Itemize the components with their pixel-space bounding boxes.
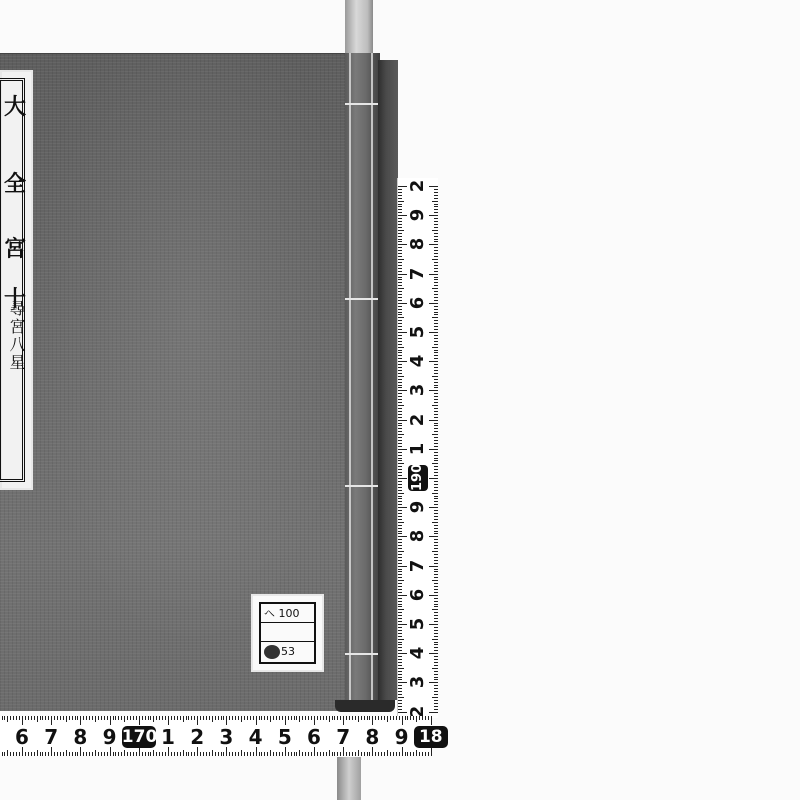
book-spine <box>345 53 380 710</box>
ruler-tick <box>28 716 29 720</box>
ruler-tick <box>434 504 438 505</box>
ruler-tick <box>104 716 105 720</box>
ruler-tick <box>124 750 125 756</box>
ruler-tick <box>133 716 134 720</box>
ruler-tick <box>235 752 236 756</box>
ruler-tick <box>349 752 350 756</box>
ruler-tick <box>398 630 402 631</box>
ruler-tick <box>229 752 230 756</box>
ruler-tick <box>434 370 438 371</box>
ruler-tick <box>434 487 438 488</box>
ruler-tick <box>434 554 438 555</box>
ruler-tick <box>398 247 402 248</box>
ruler-tick <box>346 716 347 720</box>
ruler-tick <box>398 387 402 388</box>
binding-stitch <box>345 103 380 105</box>
ruler-tick <box>398 463 404 464</box>
ruler-tick <box>398 533 402 534</box>
ruler-tick <box>434 589 438 590</box>
ruler-tick <box>10 716 11 720</box>
ruler-tick <box>279 716 280 720</box>
ruler-tick <box>398 443 402 444</box>
ruler-tick <box>398 496 402 497</box>
ruler-tick <box>434 402 438 403</box>
ruler-tick <box>413 752 414 756</box>
ruler-tick <box>398 376 404 377</box>
ruler-tick <box>398 569 402 570</box>
ruler-tick <box>434 455 438 456</box>
ruler-tick <box>221 716 222 720</box>
ruler-tick <box>398 408 402 409</box>
ruler-tick <box>398 560 402 561</box>
horizontal-ruler: 678917012345678918 <box>0 716 432 756</box>
ruler-tick <box>121 752 122 756</box>
ruler-tick <box>434 338 438 339</box>
ruler-tick <box>429 682 438 683</box>
ruler-tick <box>229 716 230 720</box>
ruler-tick <box>296 716 297 720</box>
ruler-tick <box>398 703 402 704</box>
ruler-tick <box>2 716 3 720</box>
ruler-tick <box>429 186 438 187</box>
ruler-tick <box>432 376 438 377</box>
ruler-tick <box>398 460 402 461</box>
ruler-tick <box>171 716 172 720</box>
ruler-tick <box>256 716 257 725</box>
ruler-tick <box>398 236 402 237</box>
ruler-label: 6 <box>408 585 428 605</box>
ruler-tick <box>387 750 388 756</box>
ruler-tick <box>334 752 335 756</box>
ruler-tick <box>326 752 327 756</box>
ruler-tick <box>398 423 402 424</box>
ruler-tick <box>434 557 438 558</box>
ruler-tick <box>434 399 438 400</box>
ruler-tick <box>434 271 438 272</box>
ruler-label: 9 <box>408 205 428 225</box>
ruler-tick <box>398 566 407 567</box>
ruler-tick <box>434 224 438 225</box>
ruler-tick <box>264 752 265 756</box>
ruler-tick <box>434 268 438 269</box>
ruler-tick <box>279 752 280 756</box>
ruler-tick <box>419 752 420 756</box>
ruler-tick <box>282 716 283 720</box>
ruler-tick <box>434 516 438 517</box>
ruler-tick <box>361 716 362 720</box>
ruler-tick <box>329 716 330 722</box>
ruler-tick <box>177 752 178 756</box>
ruler-tick <box>241 750 242 756</box>
ruler-tick <box>16 716 17 720</box>
ruler-tick <box>337 716 338 720</box>
ruler-tick <box>407 716 408 720</box>
ruler-tick <box>434 437 438 438</box>
ruler-tick <box>398 606 402 607</box>
ruler-tick <box>398 224 402 225</box>
ruler-tick <box>434 604 438 605</box>
ruler-tick <box>355 716 356 720</box>
ruler-tick <box>66 750 67 756</box>
ruler-tick <box>434 279 438 280</box>
ruler-tick <box>398 428 402 429</box>
ruler-tick <box>398 244 407 245</box>
ruler-tick <box>434 569 438 570</box>
ruler-tick <box>434 510 438 511</box>
ruler-tick <box>398 417 402 418</box>
ruler-tick <box>434 574 438 575</box>
ruler-tick <box>398 259 404 260</box>
ruler-tick <box>92 716 93 720</box>
ruler-tick <box>434 647 438 648</box>
ruler-tick <box>422 716 423 720</box>
ruler-tick <box>398 507 407 508</box>
binding-stitch <box>345 485 380 487</box>
ruler-tick <box>416 716 417 722</box>
ruler-label: 6 <box>304 726 324 748</box>
ruler-tick <box>398 227 402 228</box>
ruler-label: 5 <box>408 322 428 342</box>
ruler-tick <box>398 574 402 575</box>
ruler-tick <box>405 716 406 720</box>
ruler-tick <box>398 475 402 476</box>
ruler-tick <box>206 752 207 756</box>
ruler-tick <box>311 752 312 756</box>
ruler-tick <box>434 282 438 283</box>
ruler-tick <box>48 716 49 720</box>
ruler-tick <box>145 716 146 720</box>
ruler-tick <box>434 227 438 228</box>
ruler-tick <box>127 716 128 720</box>
ruler-tick <box>145 752 146 756</box>
ruler-label: 190 <box>408 465 428 491</box>
ruler-tick <box>398 609 404 610</box>
ruler-tick <box>358 716 359 722</box>
ruler-tick <box>270 716 271 722</box>
ruler-tick <box>398 309 402 310</box>
ruler-tick <box>432 522 438 523</box>
ruler-tick <box>398 437 402 438</box>
ruler-tick <box>434 335 438 336</box>
ruler-tick <box>247 752 248 756</box>
ruler-tick <box>42 752 43 756</box>
ruler-tick <box>398 615 402 616</box>
ruler-tick <box>398 268 402 269</box>
ruler-tick <box>390 716 391 720</box>
ruler-tick <box>398 253 402 254</box>
ruler-tick <box>398 662 402 663</box>
ruler-tick <box>261 752 262 756</box>
ruler-tick <box>434 241 438 242</box>
ruler-tick <box>276 716 277 720</box>
ruler-tick <box>429 303 438 304</box>
ruler-tick <box>398 312 402 313</box>
ruler-tick <box>398 601 402 602</box>
ruler-tick <box>398 425 402 426</box>
ruler-tick <box>101 716 102 720</box>
ruler-tick <box>398 189 402 190</box>
ruler-tick <box>398 230 404 231</box>
ruler-tick <box>434 472 438 473</box>
ruler-tick <box>398 636 402 637</box>
ruler-tick <box>434 674 438 675</box>
ruler-tick <box>398 697 404 698</box>
ruler-tick <box>434 256 438 257</box>
ruler-tick <box>434 262 438 263</box>
ruler-tick <box>398 209 402 210</box>
ruler-tick <box>429 244 438 245</box>
ruler-tick <box>432 405 438 406</box>
ruler-tick <box>19 716 20 720</box>
ruler-tick <box>259 752 260 756</box>
ruler-tick <box>4 752 5 756</box>
ruler-tick <box>398 201 404 202</box>
ruler-label: 3 <box>216 726 236 748</box>
ruler-tick <box>398 498 402 499</box>
ruler-tick <box>244 716 245 720</box>
ruler-tick <box>60 752 61 756</box>
ruler-tick <box>98 716 99 720</box>
ruler-tick <box>398 621 402 622</box>
ruler-tick <box>381 752 382 756</box>
ruler-tick <box>221 752 222 756</box>
call-number-label: ヘ 100 53 <box>253 596 322 670</box>
ruler-tick <box>398 501 402 502</box>
vertical-ruler: 298765432119098765432 <box>397 178 438 718</box>
ruler-tick <box>434 265 438 266</box>
ruler-tick <box>77 752 78 756</box>
ruler-tick <box>398 563 402 564</box>
ruler-tick <box>434 253 438 254</box>
ruler-label: 8 <box>70 726 90 748</box>
ruler-tick <box>434 618 438 619</box>
ruler-tick <box>398 627 402 628</box>
ruler-tick <box>238 752 239 756</box>
ruler-label: 3 <box>408 672 428 692</box>
ruler-tick <box>329 750 330 756</box>
ruler-tick <box>434 633 438 634</box>
ruler-tick <box>434 285 438 286</box>
ruler-tick <box>398 481 402 482</box>
ruler-tick <box>291 716 292 720</box>
ruler-tick <box>434 481 438 482</box>
ruler-tick <box>232 752 233 756</box>
ruler-tick <box>63 752 64 756</box>
ruler-tick <box>434 577 438 578</box>
ruler-tick <box>398 303 407 304</box>
ruler-tick <box>434 306 438 307</box>
ruler-tick <box>340 752 341 756</box>
ruler-tick <box>398 367 402 368</box>
ruler-tick <box>398 604 402 605</box>
ruler-tick <box>398 589 402 590</box>
ruler-tick <box>398 192 402 193</box>
ruler-tick <box>434 218 438 219</box>
ruler-tick <box>398 294 402 295</box>
ruler-tick <box>434 460 438 461</box>
ruler-tick <box>432 434 438 435</box>
ruler-tick <box>434 294 438 295</box>
ruler-tick <box>398 379 402 380</box>
ruler-tick <box>259 716 260 720</box>
ruler-tick <box>413 716 414 720</box>
ruler-tick <box>398 539 402 540</box>
ruler-tick <box>162 752 163 756</box>
ruler-tick <box>264 716 265 720</box>
ruler-tick <box>136 716 137 720</box>
ruler-tick <box>434 496 438 497</box>
ruler-tick <box>434 385 438 386</box>
call-number-row: 53 <box>261 642 314 661</box>
ruler-tick <box>89 716 90 720</box>
ruler-tick <box>238 716 239 720</box>
ruler-tick <box>398 186 407 187</box>
ruler-tick <box>398 411 402 412</box>
ruler-tick <box>398 700 402 701</box>
ruler-tick <box>434 431 438 432</box>
ruler-tick <box>320 716 321 720</box>
ruler-tick <box>434 571 438 572</box>
ruler-tick <box>398 592 402 593</box>
ruler-tick <box>398 709 402 710</box>
ruler-tick <box>302 716 303 720</box>
ruler-tick <box>434 247 438 248</box>
call-number-row: ヘ 100 <box>261 604 314 623</box>
ruler-tick <box>194 716 195 720</box>
ruler-tick <box>323 716 324 720</box>
ruler-tick <box>398 458 402 459</box>
ruler-tick <box>434 367 438 368</box>
ruler-tick <box>434 703 438 704</box>
ruler-tick <box>398 452 402 453</box>
ruler-tick <box>432 551 438 552</box>
ruler-tick <box>434 598 438 599</box>
ruler-tick <box>317 716 318 720</box>
ruler-tick <box>398 583 402 584</box>
spine-fold-line <box>371 53 373 710</box>
ruler-label: 2 <box>408 410 428 430</box>
ruler-tick <box>398 706 402 707</box>
ruler-tick <box>434 326 438 327</box>
ruler-tick <box>218 752 219 756</box>
ruler-tick <box>398 291 402 292</box>
ruler-tick <box>387 716 388 722</box>
ruler-tick <box>226 716 227 725</box>
ruler-tick <box>434 411 438 412</box>
book-page-edge <box>378 60 398 700</box>
ruler-tick <box>434 387 438 388</box>
ruler-tick <box>399 752 400 756</box>
ruler-tick <box>267 752 268 756</box>
ruler-tick <box>57 752 58 756</box>
ruler-tick <box>156 752 157 756</box>
ruler-label: 9 <box>100 726 120 748</box>
ruler-tick <box>121 716 122 720</box>
ruler-tick <box>174 716 175 720</box>
ruler-tick <box>398 350 402 351</box>
ruler-tick <box>398 694 402 695</box>
ruler-tick <box>188 716 189 720</box>
ruler-label: 7 <box>408 264 428 284</box>
ruler-tick <box>434 393 438 394</box>
ruler-tick <box>191 716 192 720</box>
ruler-tick <box>276 752 277 756</box>
ruler-tick <box>398 355 402 356</box>
ruler-tick <box>398 659 402 660</box>
book-bottom-shadow <box>335 700 395 712</box>
ruler-tick <box>381 716 382 720</box>
ruler-tick <box>31 716 32 720</box>
title-glyph: 大 <box>2 90 28 121</box>
ruler-tick <box>434 615 438 616</box>
ruler-tick <box>364 716 365 720</box>
title-glyph: 宮 <box>2 232 28 263</box>
ruler-tick <box>186 752 187 756</box>
ruler-tick <box>434 364 438 365</box>
ruler-tick <box>432 230 438 231</box>
ruler-tick <box>42 716 43 720</box>
ruler-tick <box>72 752 73 756</box>
ruler-tick <box>434 539 438 540</box>
ruler-tick <box>212 716 213 722</box>
ruler-tick <box>398 420 407 421</box>
ruler-tick <box>77 716 78 720</box>
ruler-tick <box>434 355 438 356</box>
ruler-tick <box>51 716 52 725</box>
ruler-tick <box>311 716 312 720</box>
ruler-tick <box>434 498 438 499</box>
ruler-tick <box>200 752 201 756</box>
title-subtitle: 尋宮八星 <box>4 300 28 372</box>
ruler-tick <box>31 752 32 756</box>
ruler-tick <box>398 685 402 686</box>
ruler-tick <box>34 752 35 756</box>
ruler-tick <box>398 642 402 643</box>
ruler-tick <box>305 752 306 756</box>
ruler-label: 1 <box>408 439 428 459</box>
ruler-tick <box>422 752 423 756</box>
ruler-tick <box>398 198 402 199</box>
title-glyph: 全 <box>2 167 28 198</box>
ruler-tick <box>72 716 73 720</box>
ruler-tick <box>431 716 432 725</box>
ruler-tick <box>434 195 438 196</box>
ruler-tick <box>241 716 242 722</box>
ruler-tick <box>398 554 402 555</box>
ruler-tick <box>434 344 438 345</box>
ruler-tick <box>92 752 93 756</box>
ruler-label: 6 <box>408 293 428 313</box>
ruler-tick <box>101 752 102 756</box>
ruler-tick <box>398 531 402 532</box>
ruler-tick <box>398 644 402 645</box>
ruler-tick <box>434 679 438 680</box>
ruler-label: 9 <box>408 497 428 517</box>
ruler-tick <box>434 382 438 383</box>
ruler-tick <box>398 522 404 523</box>
ruler-tick <box>355 752 356 756</box>
ruler-tick <box>434 685 438 686</box>
binding-stitch <box>345 653 380 655</box>
ruler-tick <box>429 595 438 596</box>
ruler-tick <box>434 204 438 205</box>
ruler-tick <box>425 752 426 756</box>
ruler-tick <box>2 752 3 756</box>
ruler-tick <box>434 206 438 207</box>
ruler-tick <box>429 653 438 654</box>
ruler-tick <box>294 752 295 756</box>
ruler-tick <box>288 752 289 756</box>
